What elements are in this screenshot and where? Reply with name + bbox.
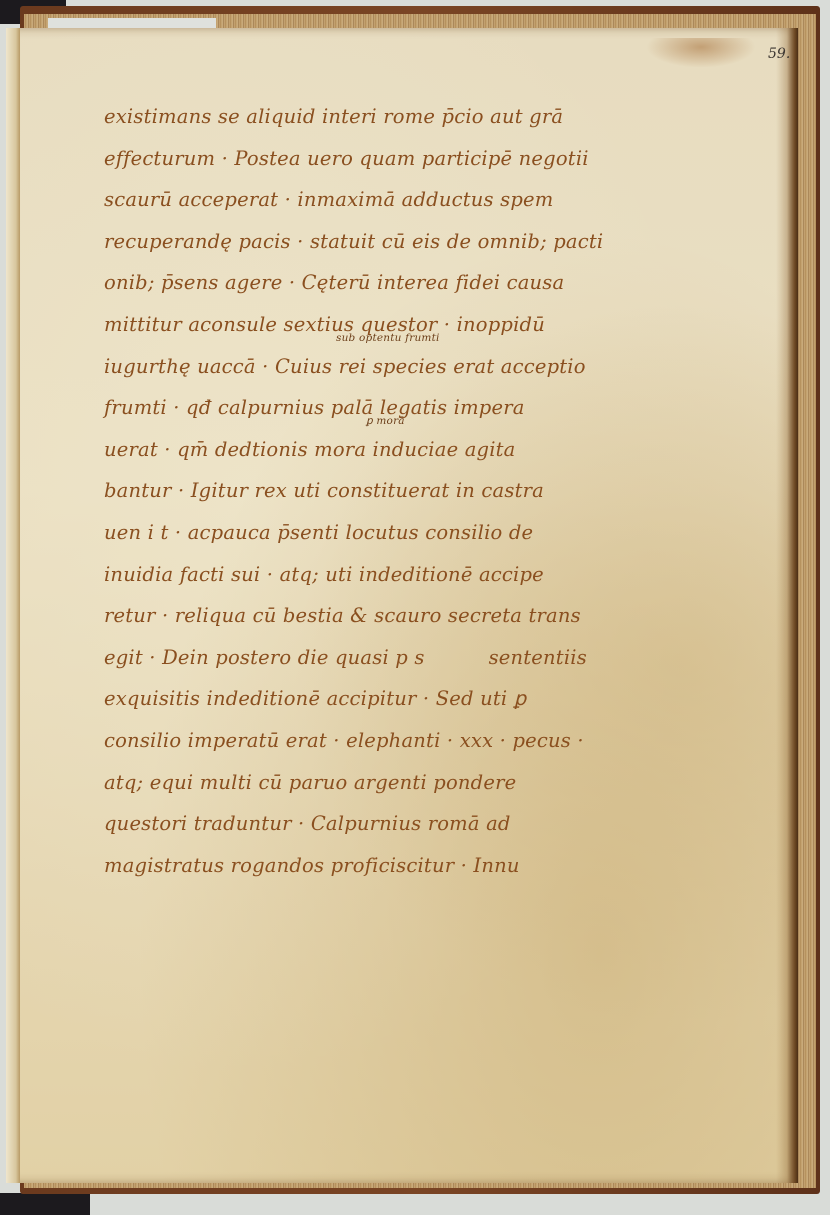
line-text: mittitur aconsule sextius questor · inop…: [104, 313, 545, 336]
line-text: uerat · qm̄ dedtionis mora induciae agit…: [104, 438, 516, 461]
line-text: iugurthę uaccā · Cuius rei species erat …: [104, 355, 586, 378]
text-line: inuidia facti sui · atq; uti indeditionē…: [104, 554, 644, 596]
folio-number: 59.: [768, 46, 790, 62]
water-stain: [646, 38, 756, 68]
text-line: exquisitis indeditionē accipitur · Sed u…: [104, 678, 644, 720]
line-text: questori traduntur · Calpurnius romā ad: [104, 812, 511, 835]
page-gutter-edge: [6, 28, 20, 1183]
line-text: inuidia facti sui · atq; uti indeditionē…: [104, 563, 544, 586]
line-text: scaurū acceperat · inmaximā adductus spe…: [104, 188, 553, 211]
text-line: egit · Dein postero die quasi p s senten…: [104, 637, 644, 679]
text-line: effecturum · Postea uero quam participē …: [104, 138, 644, 180]
line-text: frumti · qđ calpurnius palā legatis impe…: [104, 396, 525, 419]
page-fore-edge: [776, 28, 798, 1183]
text-line: questori traduntur · Calpurnius romā ad: [104, 803, 644, 845]
line-text: uen i t · acpauca p̄senti locutus consil…: [104, 521, 533, 544]
backdrop-light-strip: [48, 18, 216, 28]
line-text: retur · reliqua cū bestia & scauro secre…: [104, 604, 581, 627]
line-text: magistratus rogandos proficiscitur · Inn…: [104, 854, 520, 877]
text-line: onib; p̄sens agere · Cęterū interea fide…: [104, 262, 644, 304]
text-line: scaurū acceperat · inmaximā adductus spe…: [104, 179, 644, 221]
text-line: magistratus rogandos proficiscitur · Inn…: [104, 845, 644, 887]
line-text: recuperandę pacis · statuit cū eis de om…: [104, 230, 603, 253]
line-text: exquisitis indeditionē accipitur · Sed u…: [104, 687, 526, 710]
text-line: retur · reliqua cū bestia & scauro secre…: [104, 595, 644, 637]
text-line: recuperandę pacis · statuit cū eis de om…: [104, 221, 644, 263]
line-text: bantur · Igitur rex uti constituerat in …: [104, 479, 544, 502]
line-text: atq; equi multi cū paruo argenti pondere: [104, 771, 516, 794]
line-text: existimans se aliquid interi rome p̄cio …: [104, 105, 563, 128]
line-text: consilio imperatū erat · elephanti · xxx…: [104, 729, 584, 752]
backdrop-dark-corner-bottom: [0, 1193, 90, 1215]
text-line: ꝑ morā uerat · qm̄ dedtionis mora induci…: [104, 429, 644, 471]
interlinear-gloss: sub optentu frumti: [336, 332, 440, 344]
text-line: atq; equi multi cū paruo argenti pondere: [104, 762, 644, 804]
line-text: onib; p̄sens agere · Cęterū interea fide…: [104, 271, 564, 294]
text-line: bantur · Igitur rex uti constituerat in …: [104, 470, 644, 512]
text-block: existimans se aliquid interi rome p̄cio …: [104, 96, 644, 886]
text-line: sub optentu frumti iugurthę uaccā · Cuiu…: [104, 346, 644, 388]
manuscript-page: 59. existimans se aliquid interi rome p̄…: [6, 28, 798, 1183]
text-line: existimans se aliquid interi rome p̄cio …: [104, 96, 644, 138]
text-line: uen i t · acpauca p̄senti locutus consil…: [104, 512, 644, 554]
text-line: consilio imperatū erat · elephanti · xxx…: [104, 720, 644, 762]
line-text: effecturum · Postea uero quam participē …: [104, 147, 589, 170]
line-text: egit · Dein postero die quasi p s senten…: [104, 646, 587, 669]
interlinear-gloss: ꝑ morā: [366, 415, 405, 427]
